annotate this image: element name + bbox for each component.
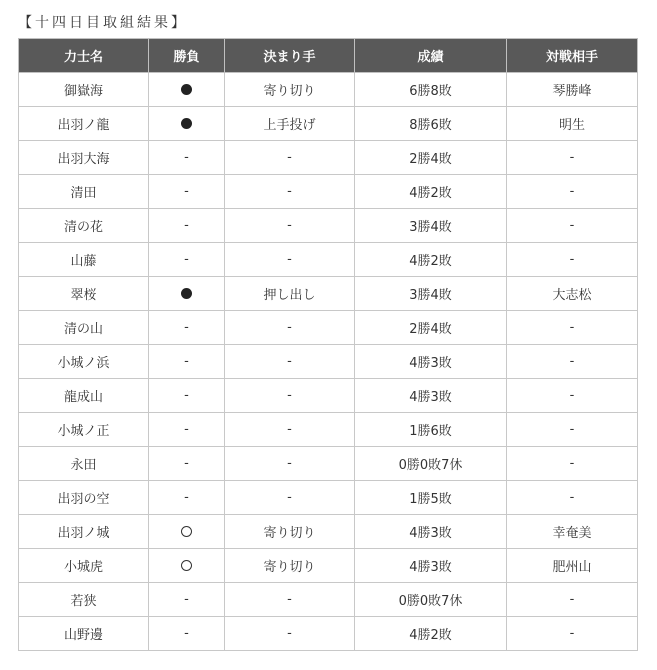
result-cell: - (149, 345, 225, 379)
no-result-dash: - (184, 218, 189, 233)
table-row: 永田--0勝0敗7休- (19, 447, 638, 481)
kimarite-cell: 上手投げ (225, 107, 355, 141)
table-row: 龍成山--4勝3敗- (19, 379, 638, 413)
record-cell: 3勝4敗 (355, 209, 507, 243)
rikishi-name-cell: 小城ノ正 (19, 413, 149, 447)
record-cell: 4勝2敗 (355, 243, 507, 277)
table-row: 小城虎寄り切り4勝3敗肥州山 (19, 549, 638, 583)
record-cell: 0勝0敗7休 (355, 583, 507, 617)
rikishi-name-cell: 出羽大海 (19, 141, 149, 175)
opponent-cell: 明生 (507, 107, 638, 141)
result-cell (149, 107, 225, 141)
kimarite-cell: - (225, 447, 355, 481)
header-rikishi-name: 力士名 (19, 39, 149, 73)
no-result-dash: - (184, 184, 189, 199)
header-kimarite: 決まり手 (225, 39, 355, 73)
result-cell: - (149, 141, 225, 175)
result-cell: - (149, 175, 225, 209)
opponent-cell: - (507, 175, 638, 209)
table-row: 清の山--2勝4敗- (19, 311, 638, 345)
rikishi-name-cell: 清田 (19, 175, 149, 209)
kimarite-cell: - (225, 243, 355, 277)
record-cell: 8勝6敗 (355, 107, 507, 141)
kimarite-cell: - (225, 175, 355, 209)
header-result: 勝負 (149, 39, 225, 73)
win-white-circle-icon (181, 526, 192, 537)
loss-black-circle-icon (181, 84, 192, 95)
rikishi-name-cell: 出羽の空 (19, 481, 149, 515)
rikishi-name-cell: 清の花 (19, 209, 149, 243)
header-record: 成績 (355, 39, 507, 73)
result-cell (149, 277, 225, 311)
kimarite-cell: 押し出し (225, 277, 355, 311)
rikishi-name-cell: 出羽ノ城 (19, 515, 149, 549)
no-result-dash: - (184, 626, 189, 641)
kimarite-cell: - (225, 583, 355, 617)
table-row: 山野邊--4勝2敗- (19, 617, 638, 651)
opponent-cell: 琴勝峰 (507, 73, 638, 107)
opponent-cell: - (507, 617, 638, 651)
rikishi-name-cell: 山藤 (19, 243, 149, 277)
no-result-dash: - (184, 456, 189, 471)
result-cell: - (149, 481, 225, 515)
opponent-cell: - (507, 141, 638, 175)
opponent-cell: - (507, 413, 638, 447)
result-cell: - (149, 583, 225, 617)
opponent-cell: - (507, 447, 638, 481)
kimarite-cell: - (225, 345, 355, 379)
table-row: 山藤--4勝2敗- (19, 243, 638, 277)
record-cell: 4勝3敗 (355, 379, 507, 413)
opponent-cell: - (507, 379, 638, 413)
opponent-cell: - (507, 583, 638, 617)
kimarite-cell: - (225, 413, 355, 447)
rikishi-name-cell: 翠桜 (19, 277, 149, 311)
no-result-dash: - (184, 490, 189, 505)
table-row: 御嶽海寄り切り6勝8敗琴勝峰 (19, 73, 638, 107)
no-result-dash: - (184, 354, 189, 369)
bout-results-table: 力士名 勝負 決まり手 成績 対戦相手 御嶽海寄り切り6勝8敗琴勝峰出羽ノ龍上手… (18, 38, 638, 651)
result-cell (149, 515, 225, 549)
kimarite-cell: - (225, 311, 355, 345)
kimarite-cell: - (225, 481, 355, 515)
rikishi-name-cell: 清の山 (19, 311, 149, 345)
record-cell: 0勝0敗7休 (355, 447, 507, 481)
kimarite-cell: - (225, 141, 355, 175)
opponent-cell: - (507, 345, 638, 379)
no-result-dash: - (184, 320, 189, 335)
table-row: 出羽ノ龍上手投げ8勝6敗明生 (19, 107, 638, 141)
table-row: 清田--4勝2敗- (19, 175, 638, 209)
table-header-row: 力士名 勝負 決まり手 成績 対戦相手 (19, 39, 638, 73)
table-row: 若狭--0勝0敗7休- (19, 583, 638, 617)
opponent-cell: 大志松 (507, 277, 638, 311)
result-cell: - (149, 243, 225, 277)
kimarite-cell: 寄り切り (225, 549, 355, 583)
record-cell: 6勝8敗 (355, 73, 507, 107)
table-row: 出羽の空--1勝5敗- (19, 481, 638, 515)
record-cell: 1勝5敗 (355, 481, 507, 515)
opponent-cell: - (507, 209, 638, 243)
win-white-circle-icon (181, 560, 192, 571)
result-cell: - (149, 447, 225, 481)
rikishi-name-cell: 龍成山 (19, 379, 149, 413)
result-cell: - (149, 617, 225, 651)
rikishi-name-cell: 山野邊 (19, 617, 149, 651)
table-body: 御嶽海寄り切り6勝8敗琴勝峰出羽ノ龍上手投げ8勝6敗明生出羽大海--2勝4敗-清… (19, 73, 638, 651)
table-row: 翠桜押し出し3勝4敗大志松 (19, 277, 638, 311)
opponent-cell: 肥州山 (507, 549, 638, 583)
opponent-cell: - (507, 311, 638, 345)
rikishi-name-cell: 若狭 (19, 583, 149, 617)
table-row: 出羽ノ城寄り切り4勝3敗幸奄美 (19, 515, 638, 549)
loss-black-circle-icon (181, 118, 192, 129)
record-cell: 2勝4敗 (355, 141, 507, 175)
rikishi-name-cell: 小城虎 (19, 549, 149, 583)
record-cell: 4勝3敗 (355, 549, 507, 583)
record-cell: 4勝2敗 (355, 175, 507, 209)
result-cell: - (149, 209, 225, 243)
result-cell (149, 549, 225, 583)
no-result-dash: - (184, 252, 189, 267)
table-row: 小城ノ浜--4勝3敗- (19, 345, 638, 379)
kimarite-cell: 寄り切り (225, 515, 355, 549)
result-cell: - (149, 311, 225, 345)
kimarite-cell: - (225, 209, 355, 243)
kimarite-cell: 寄り切り (225, 73, 355, 107)
record-cell: 1勝6敗 (355, 413, 507, 447)
table-row: 小城ノ正--1勝6敗- (19, 413, 638, 447)
result-cell: - (149, 413, 225, 447)
record-cell: 3勝4敗 (355, 277, 507, 311)
result-cell: - (149, 379, 225, 413)
result-cell (149, 73, 225, 107)
rikishi-name-cell: 永田 (19, 447, 149, 481)
no-result-dash: - (184, 388, 189, 403)
kimarite-cell: - (225, 379, 355, 413)
record-cell: 4勝3敗 (355, 345, 507, 379)
section-caption: 【十四日目取組結果】 (18, 13, 188, 33)
opponent-cell: - (507, 481, 638, 515)
loss-black-circle-icon (181, 288, 192, 299)
table-row: 出羽大海--2勝4敗- (19, 141, 638, 175)
table-row: 清の花--3勝4敗- (19, 209, 638, 243)
record-cell: 4勝2敗 (355, 617, 507, 651)
rikishi-name-cell: 出羽ノ龍 (19, 107, 149, 141)
kimarite-cell: - (225, 617, 355, 651)
record-cell: 4勝3敗 (355, 515, 507, 549)
no-result-dash: - (184, 150, 189, 165)
record-cell: 2勝4敗 (355, 311, 507, 345)
opponent-cell: 幸奄美 (507, 515, 638, 549)
rikishi-name-cell: 小城ノ浜 (19, 345, 149, 379)
no-result-dash: - (184, 592, 189, 607)
opponent-cell: - (507, 243, 638, 277)
rikishi-name-cell: 御嶽海 (19, 73, 149, 107)
no-result-dash: - (184, 422, 189, 437)
header-opponent: 対戦相手 (507, 39, 638, 73)
